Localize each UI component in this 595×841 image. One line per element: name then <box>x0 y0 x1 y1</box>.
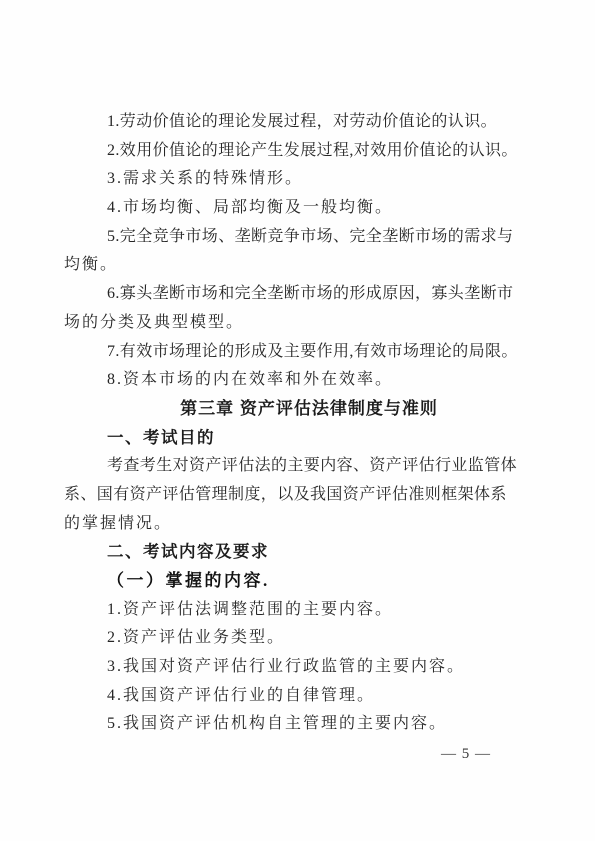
body-line: 1.资产评估法调整范围的主要内容。 <box>64 596 510 625</box>
body-line: 3.我国对资产评估行业行政监管的主要内容。 <box>64 653 510 682</box>
paragraph-line: 系、国有资产评估管理制度，以及我国资产评估准则框架体系 <box>64 481 510 510</box>
body-line: 4.我国资产评估行业的自律管理。 <box>64 682 510 711</box>
document-body: 1.劳动价值论的理论发展过程，对劳动价值论的认识。 2.效用价值论的理论产生发展… <box>64 108 510 739</box>
body-line: 均衡。 <box>64 251 510 280</box>
body-line: 2.资产评估业务类型。 <box>64 624 510 653</box>
section-heading-exam-content: 二、考试内容及要求 <box>64 538 510 567</box>
body-line: 7.有效市场理论的形成及主要作用,有效市场理论的局限。 <box>64 338 510 367</box>
body-line: 4.市场均衡、局部均衡及一般均衡。 <box>64 194 510 223</box>
body-line: 1.劳动价值论的理论发展过程，对劳动价值论的认识。 <box>64 108 510 137</box>
body-line: 3.需求关系的特殊情形。 <box>64 165 510 194</box>
paragraph-line: 的掌握情况。 <box>64 510 510 539</box>
body-line: 5.我国资产评估机构自主管理的主要内容。 <box>64 710 510 739</box>
section-heading-exam-purpose: 一、考试目的 <box>64 424 510 453</box>
body-line: 6.寡头垄断市场和完全垄断市场的形成原因，寡头垄断市 <box>64 280 510 309</box>
chapter-heading: 第三章 资产评估法律制度与准则 <box>64 395 510 424</box>
document-page: 1.劳动价值论的理论发展过程，对劳动价值论的认识。 2.效用价值论的理论产生发展… <box>0 0 595 841</box>
body-line: 2.效用价值论的理论产生发展过程,对效用价值论的认识。 <box>64 137 510 166</box>
body-line: 场的分类及典型模型。 <box>64 309 510 338</box>
subsection-heading-mastery: （一）掌握的内容. <box>64 567 510 596</box>
body-line: 8.资本市场的内在效率和外在效率。 <box>64 366 510 395</box>
body-line: 5.完全竞争市场、垄断竞争市场、完全垄断市场的需求与 <box>64 223 510 252</box>
page-number: — 5 — <box>441 746 491 763</box>
paragraph-line: 考查考生对资产评估法的主要内容、资产评估行业监管体 <box>64 452 510 481</box>
